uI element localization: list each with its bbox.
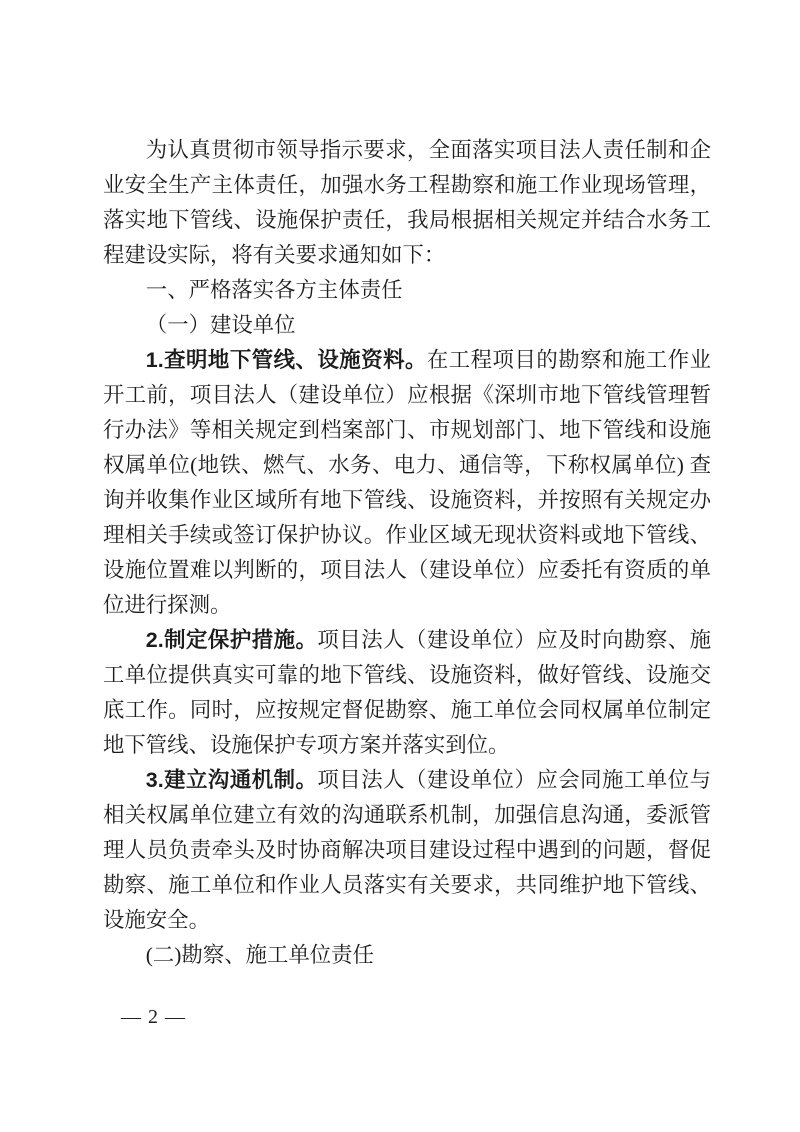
item-3-paragraph: 3.建立沟通机制。项目法人（建设单位）应会同施工单位与相关权属单位建立有效的沟通… [103, 763, 711, 938]
item-1-text: 在工程项目的勘察和施工作业开工前，项目法人（建设单位）应根据《深圳市地下管线管理… [103, 348, 711, 617]
section-1-heading: 一、严格落实各方主体责任 [103, 273, 711, 308]
page-number: — 2 — [121, 1004, 186, 1030]
item-1-lead: 1.查明地下管线、设施资料。 [146, 348, 427, 372]
subsection-1-heading: （一）建设单位 [103, 308, 711, 343]
item-1-paragraph: 1.查明地下管线、设施资料。在工程项目的勘察和施工作业开工前，项目法人（建设单位… [103, 343, 711, 623]
item-3-lead: 3.建立沟通机制。 [146, 768, 318, 792]
subsection-2-heading: (二)勘察、施工单位责任 [103, 938, 711, 973]
document-page: 为认真贯彻市领导指示要求，全面落实项目法人责任制和企业安全生产主体责任，加强水务… [0, 0, 800, 1132]
item-3-text: 项目法人（建设单位）应会同施工单位与相关权属单位建立有效的沟通联系机制，加强信息… [103, 768, 711, 932]
item-2-paragraph: 2.制定保护措施。项目法人（建设单位）应及时向勘察、施工单位提供真实可靠的地下管… [103, 623, 711, 763]
item-2-lead: 2.制定保护措施。 [146, 628, 318, 652]
document-body: 为认真贯彻市领导指示要求，全面落实项目法人责任制和企业安全生产主体责任，加强水务… [103, 133, 711, 973]
intro-paragraph: 为认真贯彻市领导指示要求，全面落实项目法人责任制和企业安全生产主体责任，加强水务… [103, 133, 711, 273]
